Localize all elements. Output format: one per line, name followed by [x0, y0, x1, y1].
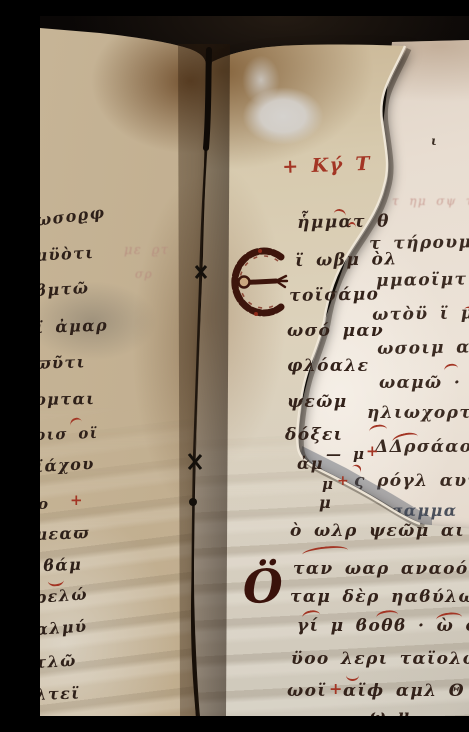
manuscript-text-line: — μ: [326, 447, 365, 462]
manuscript-text-line: ω μ: [370, 708, 411, 716]
manuscript-photo: ιτ ημ σψ τντ τήρουμμμαοϊμτωτὸϋ ϊ μαιωσοι…: [40, 16, 469, 716]
manuscript-text-line: φλόαλε: [287, 358, 369, 375]
manuscript-text-line: +: [329, 681, 344, 697]
manuscript-text-line: ωοϊ: [287, 683, 327, 700]
red-ink-mark: [351, 463, 363, 474]
decorated-initial-epsilon-icon: [223, 240, 297, 326]
manuscript-text-line: μ: [319, 495, 332, 511]
red-ink-mark: [302, 544, 348, 556]
manuscript-text-line: αϊϕ αμλ Θ ο ι: [343, 683, 469, 700]
manuscript-text-line: ἀμ: [297, 456, 324, 472]
red-ink-mark: [348, 222, 356, 229]
rubric-heading: + Κγ́ Τ: [282, 155, 371, 177]
manuscript-text-line: μ: [322, 477, 334, 492]
red-ink-mark: [346, 674, 359, 681]
manuscript-text-line: ὸ ωλρ ψεῶμ αι φ: [290, 523, 469, 540]
manuscript-text-line: τοϊσάμο: [289, 286, 379, 305]
manuscript-text-line: γί μ ϐοθϐ · ὼ ωϐτ: [297, 618, 469, 635]
red-ink-mark: [369, 424, 388, 433]
manuscript-text-line: ταν ωαρ αναοό ματ: [293, 561, 469, 578]
manuscript-text-line: ϋοο λερι ταϊολωθ: [291, 651, 469, 668]
manuscript-text-line: ταμ δὲρ ηαϐύλωτϐ: [290, 589, 469, 606]
initial-omicron: Ö: [242, 563, 285, 610]
manuscript-text-line: +: [366, 444, 380, 459]
right-page-text-layer: + Κγ́ Τἧμματ θϊ ωβμ ὸλτοϊσάμοωσό μανφλόα…: [40, 16, 469, 716]
manuscript-text-line: ϊ ωβμ ὸλ: [295, 251, 398, 270]
manuscript-text-line: +: [337, 474, 350, 488]
manuscript-text-line: ωσό μαν: [287, 323, 384, 340]
manuscript-text-line: δόξει: [285, 427, 343, 444]
manuscript-text-line: ψεῶμ: [287, 394, 348, 411]
